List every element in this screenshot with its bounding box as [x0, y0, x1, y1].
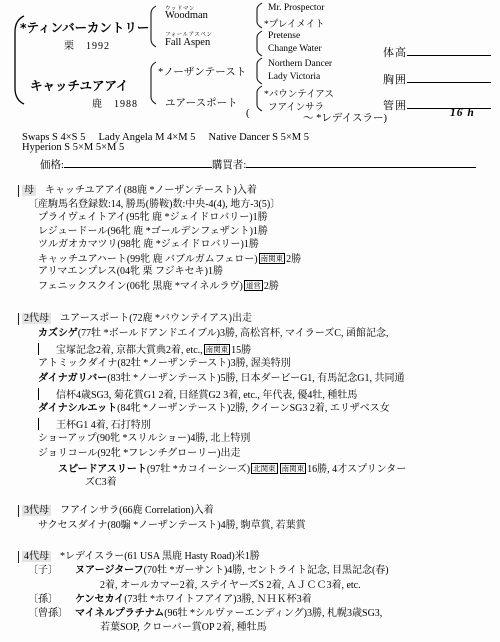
fourthdam-section-detail: (61 USA 黒鹿 Hasty Road)米1勝 [124, 551, 260, 562]
fourthdam-section-horse: *レデイスラー [60, 551, 124, 562]
horse-record: (97牡 *カコイーシーズ) [147, 464, 250, 475]
dam-name: キャッチユアアイ [30, 76, 128, 94]
progeny-line: プライヴェイトアイ(95牝 鹿 *ジェイドロバリー)1勝 [38, 212, 268, 224]
pedigree-catalog-page: { "pedigree": { "sire": {"name": "*ティンバー… [0, 0, 500, 642]
progeny-line: キャッチユアハート(99牝 鹿 バブルガムフェロー)南関東2勝 [38, 253, 301, 266]
cannon-blank [407, 97, 491, 109]
descendant-continuation: 2着, オールカマー2着, ステイヤーズS 2着, ＡＪＣＣ3着, etc. [100, 580, 361, 592]
horse-name: アトミックダイナ [38, 358, 117, 369]
dam-section-detail: (88鹿 *ノーザンテースト)入着 [124, 185, 257, 196]
height-label: 体高 [383, 47, 407, 59]
continuation-bar [38, 343, 39, 355]
family-line-open-paren: ( [246, 108, 250, 119]
buyer-blank [246, 156, 476, 168]
dam-dam-name: ユアースポート [165, 95, 238, 110]
sire-dam-name: Fall Aspen [165, 37, 210, 48]
chest-blank [407, 71, 491, 83]
progeny-line: ツルガオカマツリ(98牝 鹿 *ジェイドロバリー)1勝 [38, 239, 259, 251]
horse-name: ジョリコール [38, 448, 97, 459]
relation-label: 〔孫〕 [28, 594, 75, 606]
chest-label: 胸囲 [383, 74, 407, 86]
granddam-section-detail: (72鹿 *バウンテイアス)出走 [129, 313, 252, 324]
progeny-line: サクセスダイナ(80騸 *ノーザンテースト)4勝, 駒草賞, 若葉賞 [38, 520, 306, 532]
dam-sire-name: *ノーザンテースト [158, 64, 246, 79]
granddam-section-horse: ユアースポート [60, 313, 129, 324]
descendant-continuation: 若葉SOP, クローバー賞OP 2着, 種牡馬 [100, 622, 267, 634]
progeny-line: フェニックスクイン(06牝 黒鹿 *マイネルラヴ)道営2勝 [38, 280, 279, 293]
dam-section-horse: キャッチユアアイ [45, 185, 124, 196]
fourthdam-section-heading: 4代母*レデイスラー(61 USA 黒鹿 Hasty Road)米1勝 [18, 551, 260, 563]
thirddam-section-heading: 3代母フアインサラ(66鹿 Correlation)入着 [18, 505, 214, 517]
horse-name: ショーアップ [38, 433, 97, 444]
inbreeding-line-2: Hyperion S 5×M 5×M 5 [22, 142, 124, 153]
horse-name: ケンセカイ [75, 594, 124, 605]
descendant-line: 〔曾孫〕マイネルプラチナム(96牡 *シルヴァーエンディング)3勝, 札幌3歳S… [28, 608, 382, 620]
descendant-line: 〔孫〕ケンセカイ(73牡 *ホワイトフアイア)3勝, ＮＨＫ杯3着 [28, 594, 312, 606]
horse-name: スピードアスリート [58, 464, 147, 475]
dam-registration-note: 〔産駒馬名登録数:14, 勝馬(勝鞍)数:中央-4(4), 地方-3(5)〕 [28, 199, 280, 211]
progeny-continuation: ズC3着 [85, 477, 117, 489]
progeny-line: スピードアスリート(97牡 *カコイーシーズ)北関東南関東16勝, 4才スプリン… [58, 463, 406, 476]
horse-record: (70牡 *ガーサント)4勝, セントライト記念, 目黒記念(春) [144, 565, 389, 576]
region-badge: 北関東 [251, 463, 278, 474]
progeny-line: ダイナシルエット(84牝 *ノーザンテースト)2勝, クイーンSG3 2着, エ… [38, 403, 390, 415]
horse-record: 2着, オールカマー2着, ステイヤーズS 2着, ＡＪＣＣ3着, etc. [100, 580, 361, 591]
gen3-name: Northern Dancer [268, 59, 332, 69]
horse-name: カズシゲ [38, 328, 78, 339]
region-badge: 道営 [244, 280, 263, 291]
horse-record: (98牝 鹿 *ジェイドロバリー)1勝 [117, 239, 258, 250]
continuation-bar [38, 418, 39, 430]
price-blank [64, 156, 212, 168]
horse-name: キャッチユアハート [38, 254, 127, 265]
granddam-section-label: 2代母 [22, 313, 51, 324]
horse-name: フェニックスクイン [38, 281, 127, 292]
horse-name: レジュードール [38, 226, 107, 237]
thirddam-section-label: 3代母 [22, 505, 51, 516]
region-badge: 南関東 [259, 253, 286, 264]
progeny-line: ショーアップ(90牝 *スリルショー)4勝, 北上特別 [38, 433, 250, 445]
horse-wins: 2勝 [264, 281, 279, 292]
horse-wins: 2勝 [286, 254, 301, 265]
progeny-continuation: 宝塚記念2着, 京都大賞典2着, etc.,南関東15勝 [38, 343, 251, 357]
dam-section-heading: 母キャッチユアアイ(88鹿 *ノーザンテースト)入着 [18, 185, 257, 197]
descendant-line: 〔子〕ヌアージターフ(70牡 *ガーサント)4勝, セントライト記念, 目黒記念… [28, 565, 389, 577]
horse-record: (83牡 *ノーザンテースト)5勝, 日本ダービーG1, 有馬記念G1, 共同通 [107, 373, 404, 384]
horse-record: (99牝 鹿 バブルガムフェロー) [127, 254, 258, 265]
price-label: 価格: [40, 160, 64, 171]
relation-label: 〔曾孫〕 [28, 608, 75, 620]
progeny-line: カズシゲ(77牡 *ボールドアンドエイブル)3勝, 高松宮杯, マイラーズC, … [38, 328, 388, 340]
price-buyer-row: 価格:購買者: [40, 156, 476, 172]
horse-name: アリマエンプレス [38, 266, 117, 277]
progeny-line: レジュードール(96牝 鹿 *ゴールデンフェザント)1勝 [38, 226, 268, 238]
horse-record: 宝塚記念2着, 京都大賞典2着, etc., [56, 345, 203, 356]
buyer-label: 購買者: [212, 160, 246, 171]
horse-record: (73牡 *ホワイトフアイア)3勝, ＮＨＫ杯3着 [124, 594, 311, 605]
horse-record: 王杯G1 4着, 石打特別 [56, 420, 151, 431]
family-line-text: ～ *レデイスラー) [303, 110, 387, 125]
gen3-name: Lady Victoria [268, 72, 320, 82]
thirddam-section-detail: (66鹿 Correlation)入着 [119, 505, 214, 516]
relation-label: 〔子〕 [28, 565, 75, 577]
height-blank [407, 44, 491, 56]
horse-name: ダイナガリバー [38, 373, 107, 384]
horse-record: (95牝 鹿 *ジェイドロバリー)1勝 [126, 212, 267, 223]
horse-wins: 16勝, 4才スプリンター [307, 464, 406, 475]
sire-coat-year: 栗 1992 [64, 37, 110, 52]
horse-record: (96牝 鹿 *ゴールデンフェザント)1勝 [107, 226, 268, 237]
horse-name: ツルガオカマツリ [38, 239, 117, 250]
progeny-continuation: 信杯4歳SG3, 菊花賞G1 2着, 日経賞G2 3着, etc., 年代表, … [38, 388, 357, 402]
horse-record: (84牝 *ノーザンテースト)2勝, クイーンSG3 2着, エリザベス女 [117, 403, 390, 414]
horse-name: サクセスダイナ [38, 520, 107, 531]
dam-section-label: 母 [22, 185, 36, 196]
horse-name: プライヴェイトアイ [38, 212, 126, 223]
horse-name: マイネルプラチナム [75, 608, 164, 619]
horse-record: (82牡 *ノーザンテースト)3勝, 渥美特別 [117, 358, 290, 369]
granddam-section-heading: 2代母ユアースポート(72鹿 *バウンテイアス)出走 [18, 313, 252, 325]
horse-record: (96牡 *シルヴァーエンディング)3勝, 札幌3歳SG3, [164, 608, 382, 619]
chest-field: 胸囲 [383, 71, 491, 87]
horse-record: (06牝 黒鹿 *マイネルラヴ) [127, 281, 243, 292]
gen3-name: Mr. Prospector [268, 3, 324, 13]
region-badge: 南関東 [280, 463, 307, 474]
horse-record: (04牝 栗 フジキセキ)1勝 [117, 266, 223, 277]
cannon-field: 管囲 [383, 97, 491, 113]
height-field: 体高 [383, 44, 491, 60]
gen3-name: *プレイメイト [264, 16, 325, 30]
progeny-line: アトミックダイナ(82牡 *ノーザンテースト)3勝, 渥美特別 [38, 358, 291, 370]
horse-record: 若葉SOP, クローバー賞OP 2着, 種牡馬 [100, 622, 267, 633]
progeny-continuation: 王杯G1 4着, 石打特別 [38, 418, 151, 432]
horse-name: ダイナシルエット [38, 403, 117, 414]
sire-sire-name: Woodman [165, 10, 208, 21]
thirddam-section-horse: フアインサラ [60, 505, 119, 516]
horse-record: (80騸 *ノーザンテースト)4勝, 駒草賞, 若葉賞 [107, 520, 305, 531]
gen3-name: *バウンテイアス [264, 86, 334, 100]
gen3-name: Change Water [268, 44, 322, 54]
fourthdam-section-label: 4代母 [22, 551, 51, 562]
sire-name: *ティンバーカントリー [20, 18, 149, 36]
continuation-bar [38, 388, 39, 400]
family-number: 16 h [450, 107, 475, 119]
horse-record: 信杯4歳SG3, 菊花賞G1 2着, 日経賞G2 3着, etc., 年代表, … [56, 390, 357, 401]
progeny-line: ジョリコール(92牝 *フレンチグローリー)出走 [38, 448, 241, 460]
horse-wins: 15勝 [231, 345, 251, 356]
progeny-line: ダイナガリバー(83牡 *ノーザンテースト)5勝, 日本ダービーG1, 有馬記念… [38, 373, 405, 385]
region-badge: 南関東 [204, 344, 231, 355]
dam-coat-year: 鹿 1988 [92, 95, 138, 110]
horse-name: ヌアージターフ [75, 565, 144, 576]
gen3-name: Pretense [268, 31, 300, 41]
horse-record: (77牡 *ボールドアンドエイブル)3勝, 高松宮杯, マイラーズC, 函館記念… [78, 328, 389, 339]
horse-record: (90牝 *スリルショー)4勝, 北上特別 [97, 433, 251, 444]
horse-record: ズC3着 [85, 477, 117, 488]
horse-record: (92牝 *フレンチグローリー)出走 [97, 448, 240, 459]
progeny-line: アリマエンプレス(04牝 栗 フジキセキ)1勝 [38, 266, 223, 278]
